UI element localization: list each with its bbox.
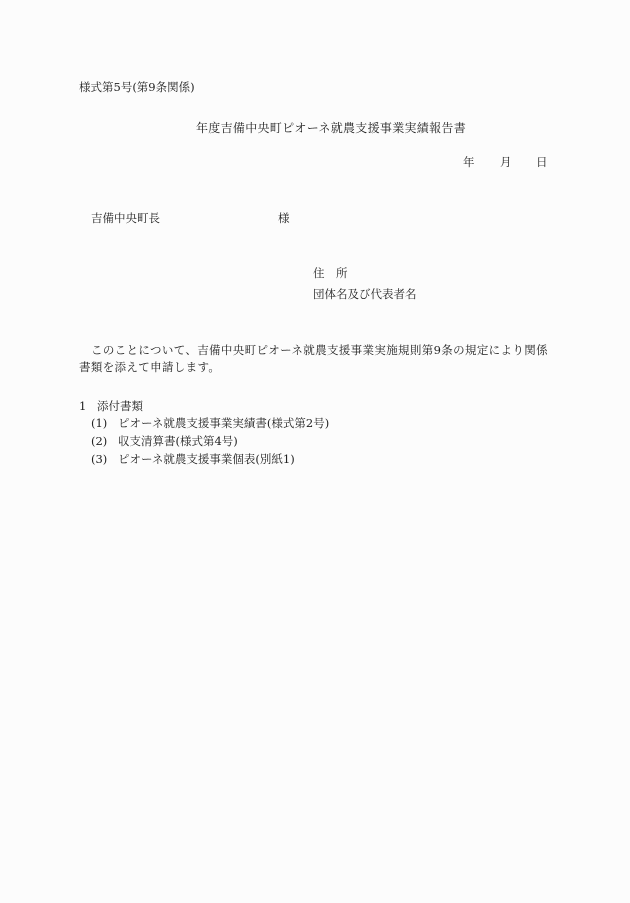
addressee: 吉備中央町長 — [91, 211, 160, 225]
section-title: 添付書類 — [97, 399, 143, 413]
honorific: 様 — [278, 211, 290, 225]
day-label: 日 — [536, 155, 548, 169]
item-number: (2) — [91, 434, 118, 448]
document-title: 年度吉備中央町ピオーネ就農支援事業実績報告書 — [196, 121, 466, 135]
item-number: (1) — [91, 416, 118, 430]
item-text: ピオーネ就農支援事業実績書(様式第2号) — [118, 416, 329, 430]
body-text-line-1: このことについて、吉備中央町ピオーネ就農支援事業実施規則第9条の規定により関係 — [91, 343, 548, 357]
item-text: 収支清算書(様式第4号) — [118, 434, 238, 448]
form-number: 様式第5号(第9条関係) — [79, 80, 195, 94]
body-text-line-2: 書類を添えて申請します。 — [79, 360, 220, 374]
organization-representative-label: 団体名及び代表者名 — [313, 287, 417, 301]
item-number: (3) — [91, 452, 118, 466]
attachments-heading: 1添付書類 — [79, 399, 143, 413]
document-page: 様式第5号(第9条関係) 年度吉備中央町ピオーネ就農支援事業実績報告書 年 月 … — [0, 0, 630, 903]
month-label: 月 — [500, 155, 512, 169]
attachment-item: (2)収支清算書(様式第4号) — [91, 434, 238, 448]
attachment-item: (1)ピオーネ就農支援事業実績書(様式第2号) — [91, 416, 329, 430]
section-number: 1 — [79, 399, 97, 413]
item-text: ピオーネ就農支援事業個表(別紙1) — [118, 452, 295, 466]
year-label: 年 — [463, 155, 475, 169]
address-label: 住 所 — [313, 266, 348, 280]
attachment-item: (3)ピオーネ就農支援事業個表(別紙1) — [91, 452, 295, 466]
